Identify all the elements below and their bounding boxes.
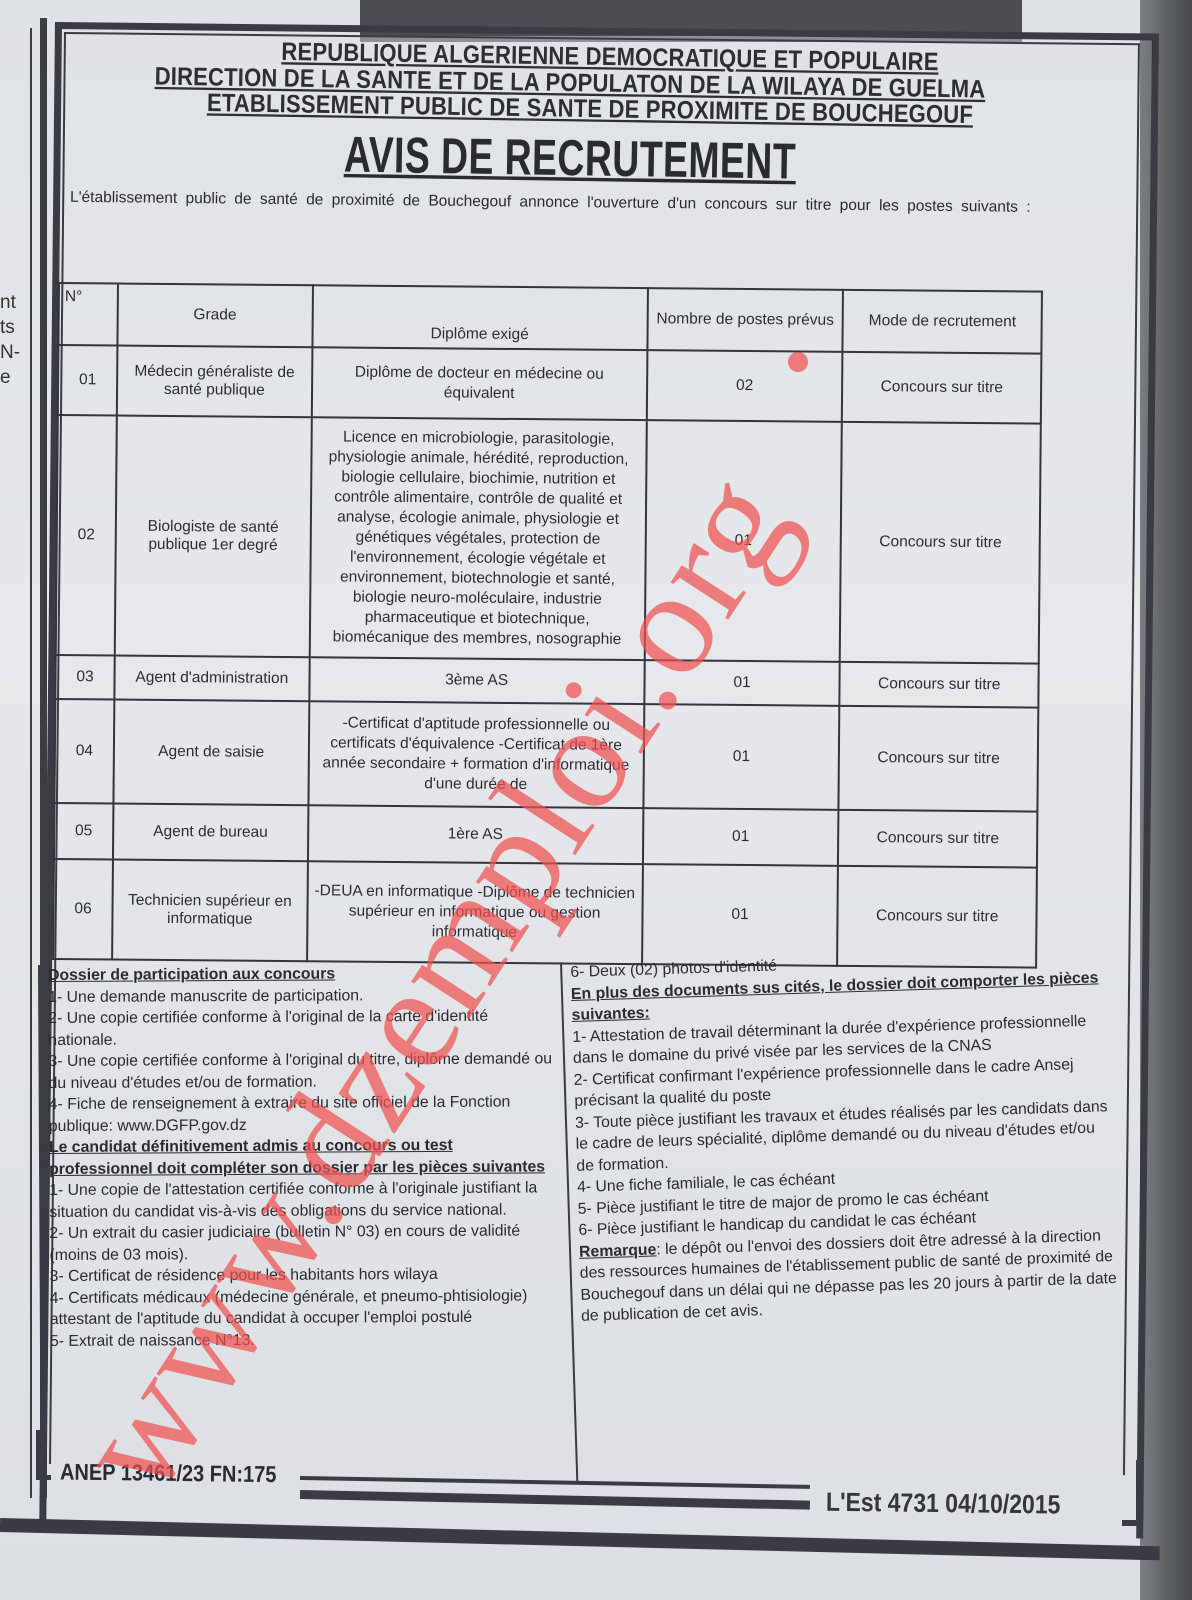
list-item: 2- Une copie certifiée conforme à l'orig…: [48, 1005, 553, 1051]
cell-diploma: Diplôme de docteur en médecine ou équiva…: [311, 347, 647, 420]
list-item: 4- Certificats médicaux (médecine généra…: [50, 1285, 555, 1331]
remark: Remarque: le dépôt ou l'envoi des dossie…: [579, 1224, 1121, 1327]
col-mode: Mode de recrutement: [843, 290, 1042, 354]
list-item: 1- Une copie de l'attestation certifiée …: [49, 1177, 554, 1223]
anep-reference: ANEP 13461/23 FN:175: [60, 1460, 277, 1489]
col-grade: Grade: [117, 284, 312, 348]
cell-grade: Technicien supérieur en informatique: [112, 860, 307, 962]
cell-grade: Agent de bureau: [113, 804, 308, 862]
cell-number: 05: [54, 803, 114, 860]
cell-positions: 01: [642, 864, 839, 966]
adjacent-column-text: nt ts N- e: [0, 290, 20, 390]
cell-mode: Concours sur titre: [838, 810, 1037, 868]
list-item: 3- Une copie certifiée conforme à l'orig…: [48, 1048, 553, 1094]
list-item: 4- Fiche de renseignement à extraire du …: [49, 1091, 554, 1137]
col-diploma: Diplôme exigé: [312, 285, 648, 350]
cell-diploma: Licence en microbiologie, parasitologie,…: [309, 417, 646, 660]
table-row: 05Agent de bureau1ère AS01Concours sur t…: [54, 803, 1037, 868]
cell-diploma: 3ème AS: [309, 657, 644, 704]
table-header-row: N° Grade Diplôme exigé Nombre de postes …: [58, 283, 1042, 354]
cell-positions: 02: [646, 350, 842, 422]
cell-positions: 01: [644, 420, 842, 662]
cell-diploma: -DEUA en informatique -Diplôme de techni…: [307, 861, 643, 964]
left-column: Dossier de participation aux concours 1-…: [48, 962, 555, 1352]
list-item: 3- Certificat de résidence pour les habi…: [50, 1263, 555, 1287]
cell-grade: Agent de saisie: [113, 700, 308, 806]
ad-header: REPUBLIQUE ALGERIENNE DEMOCRATIQUE ET PO…: [70, 44, 1070, 229]
admis-heading: Le candidat définitivement admis au conc…: [49, 1134, 554, 1180]
col-number: N°: [58, 283, 118, 346]
cell-grade: Médecin généraliste de santé publique: [117, 346, 312, 418]
cell-positions: 01: [643, 808, 839, 866]
cell-diploma: -Certificat d'aptitude professionnelle o…: [308, 701, 644, 808]
cell-mode: Concours sur titre: [842, 352, 1041, 424]
remark-text: : le dépôt ou l'envoi des dossiers doit …: [580, 1227, 1118, 1325]
publication-reference: L'Est 4731 04/10/2015: [826, 1487, 1061, 1521]
cell-positions: 01: [644, 660, 840, 706]
cell-mode: Concours sur titre: [840, 662, 1039, 708]
table-row: 02Biologiste de santé publique 1er degré…: [56, 415, 1041, 664]
table-row: 04Agent de saisie-Certificat d'aptitude …: [54, 699, 1038, 812]
watermark-dot: [788, 352, 808, 372]
cell-grade: Biologiste de santé publique 1er degré: [115, 416, 312, 658]
list-item: 5- Extrait de naissance N°13.: [50, 1328, 555, 1352]
positions-table: N° Grade Diplôme exigé Nombre de postes …: [52, 282, 1043, 969]
cell-diploma: 1ère AS: [308, 805, 644, 864]
cell-number: 06: [53, 859, 113, 960]
cell-number: 02: [56, 415, 117, 656]
cell-mode: Concours sur titre: [839, 706, 1039, 812]
cell-number: 01: [58, 345, 118, 416]
table-row: 01Médecin généraliste de santé publiqueD…: [58, 345, 1042, 424]
list-item: 1- Une demande manuscrite de participati…: [48, 984, 553, 1008]
cell-number: 03: [55, 655, 114, 700]
cell-grade: Agent d'administration: [114, 656, 309, 702]
remark-label: Remarque: [579, 1241, 657, 1260]
dossier-heading: Dossier de participation aux concours: [48, 962, 553, 986]
cell-number: 04: [54, 699, 114, 804]
page-title: AVIS DE RECRUTEMENT: [145, 124, 996, 195]
cell-positions: 01: [643, 704, 840, 810]
cell-mode: Concours sur titre: [840, 422, 1041, 664]
list-item: 2- Un extrait du casier judiciaire (bull…: [49, 1220, 554, 1266]
right-column: 6- Deux (02) photos d'identité En plus d…: [560, 945, 1126, 1482]
col-positions: Nombre de postes prévus: [647, 288, 843, 352]
